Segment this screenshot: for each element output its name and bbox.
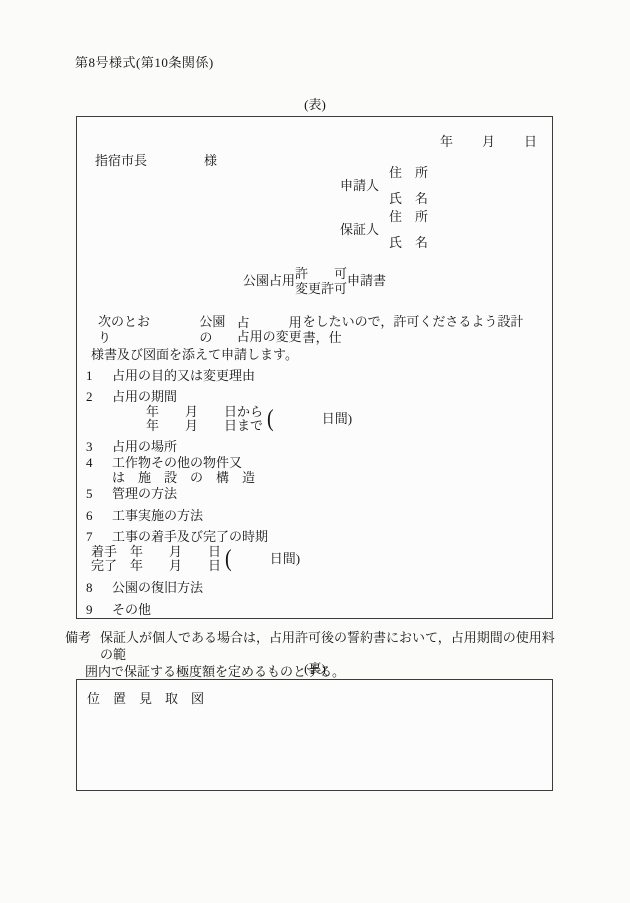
title-permit-stack: 許 可 変更許可 [295, 266, 347, 296]
construction-open-paren: ( [225, 551, 232, 568]
period-open-paren: ( [267, 411, 274, 428]
applicant-address-label: 住 所 [389, 164, 428, 181]
guarantor-block: 保証人 住 所 氏 名 [340, 208, 428, 251]
period-to-field: 年 月 日まで [146, 419, 263, 433]
body-line-2: 様書及び図面を添えて申請します。 [91, 347, 544, 363]
date-field: 年 月 日 [440, 134, 538, 150]
applicant-name-label: 氏 名 [389, 190, 428, 207]
guarantor-address-label: 住 所 [389, 208, 428, 225]
guarantor-name-label: 氏 名 [389, 234, 428, 251]
period-days-field: 日間) [322, 412, 352, 426]
body-stack-top: 占 用 [237, 316, 302, 330]
list-item-5: 5 管理の方法 [86, 486, 544, 502]
back-side-label: (裏) [0, 661, 630, 677]
item-number: 6 [86, 508, 112, 524]
remarks-text-1: 保証人が個人である場合は，占用許可後の誓約書において，占用期間の使用料の範 [100, 629, 560, 663]
addressee-line: 指宿市長様 [95, 153, 217, 169]
construction-end-field: 完了 年 月 日 [91, 559, 221, 573]
application-form-box: 年 月 日 指宿市長様 申請人 住 所 氏 名 保証人 住 所 氏 名 公園占用… [76, 116, 553, 619]
period-from-field: 年 月 日から [146, 405, 263, 419]
title-stack-top: 許 可 [295, 266, 347, 281]
title-suffix: 申請書 [347, 273, 386, 289]
list-item-1: 1 占用の目的又は変更理由 [86, 368, 544, 384]
body-stack-bottom: 占用の変更 [237, 330, 302, 344]
location-map-box: 位 置 見 取 図 [76, 679, 553, 791]
applicant-block: 申請人 住 所 氏 名 [340, 164, 428, 207]
guarantor-fields: 住 所 氏 名 [389, 208, 428, 251]
list-item-7: 7 工事の着手及び完了の時期 [86, 529, 544, 545]
item-label: 工事実施の方法 [112, 508, 203, 524]
item-label: 公園の復旧方法 [112, 580, 203, 596]
location-map-title: 位 置 見 取 図 [87, 691, 204, 707]
item-label: 工事の着手及び完了の時期 [112, 529, 268, 545]
item-list: 1 占用の目的又は変更理由 2 占用の期間 年 月 日から 年 月 日まで ( … [86, 368, 544, 618]
title-prefix: 公園占用 [243, 273, 295, 289]
list-item-6: 6 工事実施の方法 [86, 508, 544, 524]
body-lead: 次のとおり [98, 314, 158, 346]
item-number: 2 [86, 389, 112, 405]
item-number: 9 [86, 602, 112, 618]
item-number: 1 [86, 368, 112, 384]
period-dates: 年 月 日から 年 月 日まで [146, 405, 263, 433]
body-after: をしたいので，許可くださるよう設計書，仕 [303, 314, 544, 346]
item-number: 5 [86, 486, 112, 502]
body-occupancy-stack: 占 用 占用の変更 [237, 316, 302, 344]
item-number: 7 [86, 529, 112, 545]
form-page: 第8号様式(第10条関係) (表) 年 月 日 指宿市長様 申請人 住 所 氏 … [0, 0, 630, 903]
addressee-honorific: 様 [204, 153, 217, 168]
body-line-1: 次のとおり 公園の 占 用 占用の変更 をしたいので，許可くださるよう設計書，仕 [89, 314, 544, 346]
construction-dates: 着手 年 月 日 完了 年 月 日 [91, 545, 221, 573]
list-item-4: 4 工作物その他の物件又は 施 設 の 構 造 [86, 455, 544, 485]
list-item-3: 3 占用の場所 [86, 439, 544, 455]
item-label: 占用の場所 [112, 439, 177, 455]
list-item-9: 9 その他 [86, 602, 544, 618]
title-stack-bottom: 変更許可 [295, 281, 347, 296]
application-body: 次のとおり 公園の 占 用 占用の変更 をしたいので，許可くださるよう設計書，仕… [89, 314, 544, 363]
remarks-line-1: 備考 保証人が個人である場合は，占用許可後の誓約書において，占用期間の使用料の範 [65, 629, 560, 663]
construction-period-fields: 着手 年 月 日 完了 年 月 日 ( 日間) [91, 545, 544, 573]
construction-start-field: 着手 年 月 日 [91, 545, 221, 559]
list-item-8: 8 公園の復旧方法 [86, 580, 544, 596]
item-number: 3 [86, 439, 112, 455]
applicant-role-label: 申請人 [340, 178, 379, 194]
item-label: 占用の期間 [112, 389, 177, 405]
item-number: 4 [86, 455, 112, 485]
item-label: 管理の方法 [112, 486, 177, 502]
front-side-label: (表) [0, 97, 630, 113]
item-label: 工作物その他の物件又は 施 設 の 構 造 [112, 455, 255, 485]
body-park: 公園の [199, 314, 235, 346]
item-label: その他 [112, 602, 151, 618]
form-number: 第8号様式(第10条関係) [75, 55, 214, 71]
remarks-label: 備考 [65, 629, 91, 663]
item-label: 占用の目的又は変更理由 [112, 368, 255, 384]
document-title: 公園占用 許 可 変更許可 申請書 [77, 266, 552, 296]
item-number: 8 [86, 580, 112, 596]
guarantor-role-label: 保証人 [340, 222, 379, 238]
occupancy-period-fields: 年 月 日から 年 月 日まで ( 日間) [146, 405, 544, 433]
list-item-2: 2 占用の期間 [86, 389, 544, 405]
applicant-fields: 住 所 氏 名 [389, 164, 428, 207]
addressee-name: 指宿市長 [95, 153, 147, 168]
construction-days-field: 日間) [270, 552, 300, 566]
